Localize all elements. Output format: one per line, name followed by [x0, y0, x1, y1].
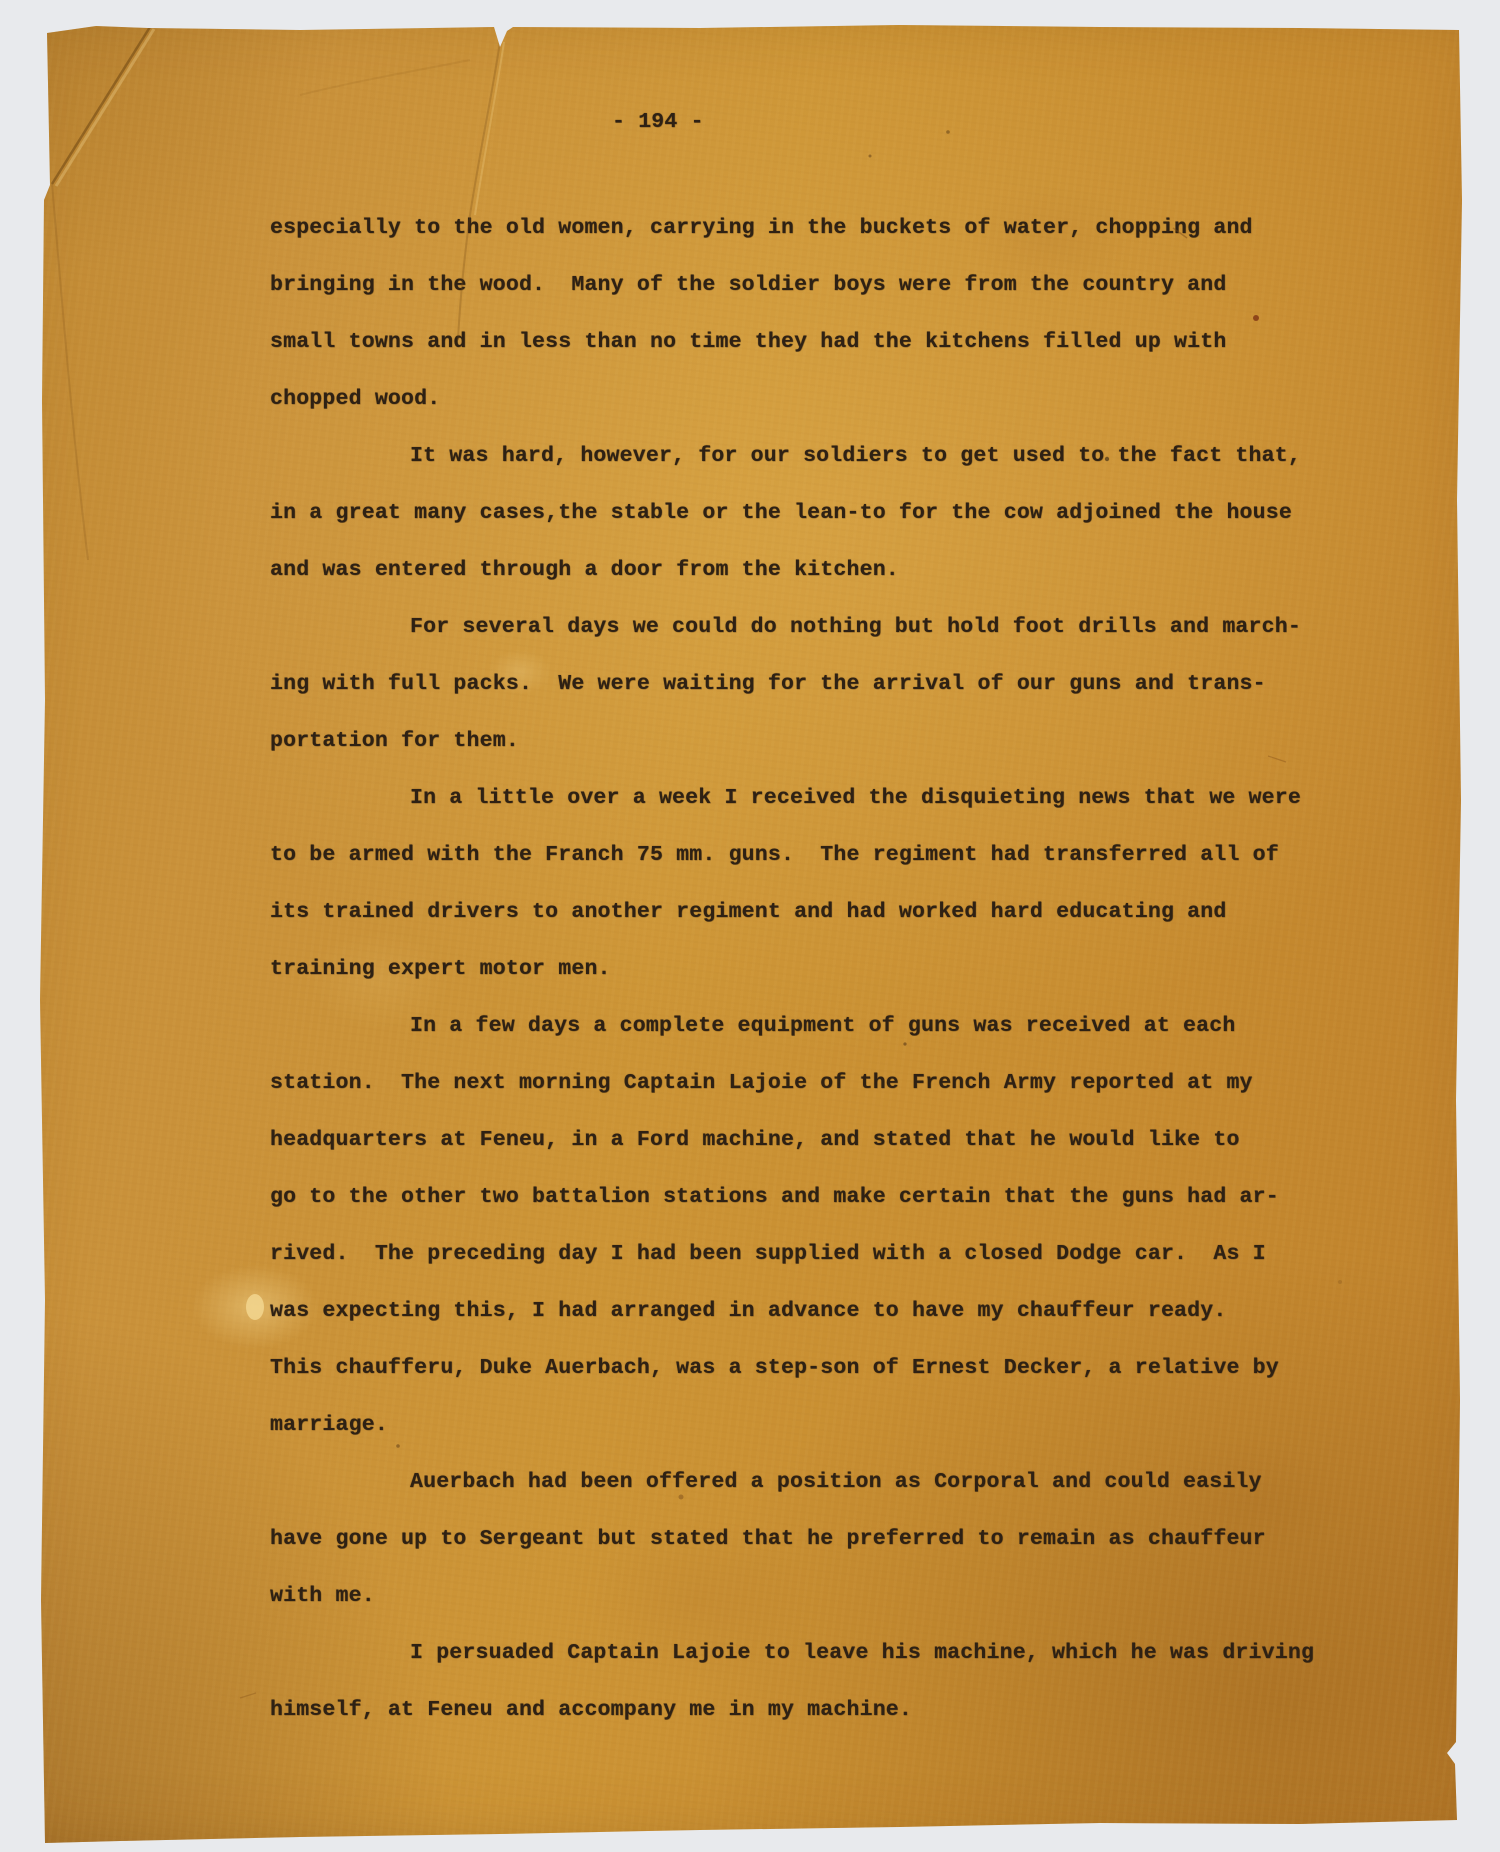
- text-line: and was entered through a door from the …: [270, 542, 1370, 599]
- text-line: portation for them.: [270, 713, 1370, 770]
- document-page: - 194 - especially to the old women, car…: [0, 0, 1500, 1852]
- text-line: I persuaded Captain Lajoie to leave his …: [270, 1625, 1370, 1682]
- page-number: - 194 -: [612, 112, 704, 134]
- text-line: himself, at Feneu and accompany me in my…: [270, 1682, 1370, 1739]
- scan-background: - 194 - especially to the old women, car…: [0, 0, 1500, 1852]
- text-line: In a little over a week I received the d…: [270, 770, 1370, 827]
- text-line: It was hard, however, for our soldiers t…: [270, 428, 1370, 485]
- text-line: station. The next morning Captain Lajoie…: [270, 1055, 1370, 1112]
- text-line: In a few days a complete equipment of gu…: [270, 998, 1370, 1055]
- text-line: with me.: [270, 1568, 1370, 1625]
- text-line: rived. The preceding day I had been supp…: [270, 1226, 1370, 1283]
- text-line: in a great many cases,the stable or the …: [270, 485, 1370, 542]
- text-line: Auerbach had been offered a position as …: [270, 1454, 1370, 1511]
- text-line: bringing in the wood. Many of the soldie…: [270, 257, 1370, 314]
- text-line: ing with full packs. We were waiting for…: [270, 656, 1370, 713]
- text-line: have gone up to Sergeant but stated that…: [270, 1511, 1370, 1568]
- text-line: its trained drivers to another regiment …: [270, 884, 1370, 941]
- text-line: to be armed with the Franch 75 mm. guns.…: [270, 827, 1370, 884]
- typewritten-text: especially to the old women, carrying in…: [270, 200, 1370, 1739]
- text-line: especially to the old women, carrying in…: [270, 200, 1370, 257]
- text-line: marriage.: [270, 1397, 1370, 1454]
- text-line: go to the other two battalion stations a…: [270, 1169, 1370, 1226]
- text-line: was expecting this, I had arranged in ad…: [270, 1283, 1370, 1340]
- text-line: chopped wood.: [270, 371, 1370, 428]
- text-line: This chaufferu, Duke Auerbach, was a ste…: [270, 1340, 1370, 1397]
- text-line: headquarters at Feneu, in a Ford machine…: [270, 1112, 1370, 1169]
- text-line: small towns and in less than no time the…: [270, 314, 1370, 371]
- text-line: training expert motor men.: [270, 941, 1370, 998]
- text-line: For several days we could do nothing but…: [270, 599, 1370, 656]
